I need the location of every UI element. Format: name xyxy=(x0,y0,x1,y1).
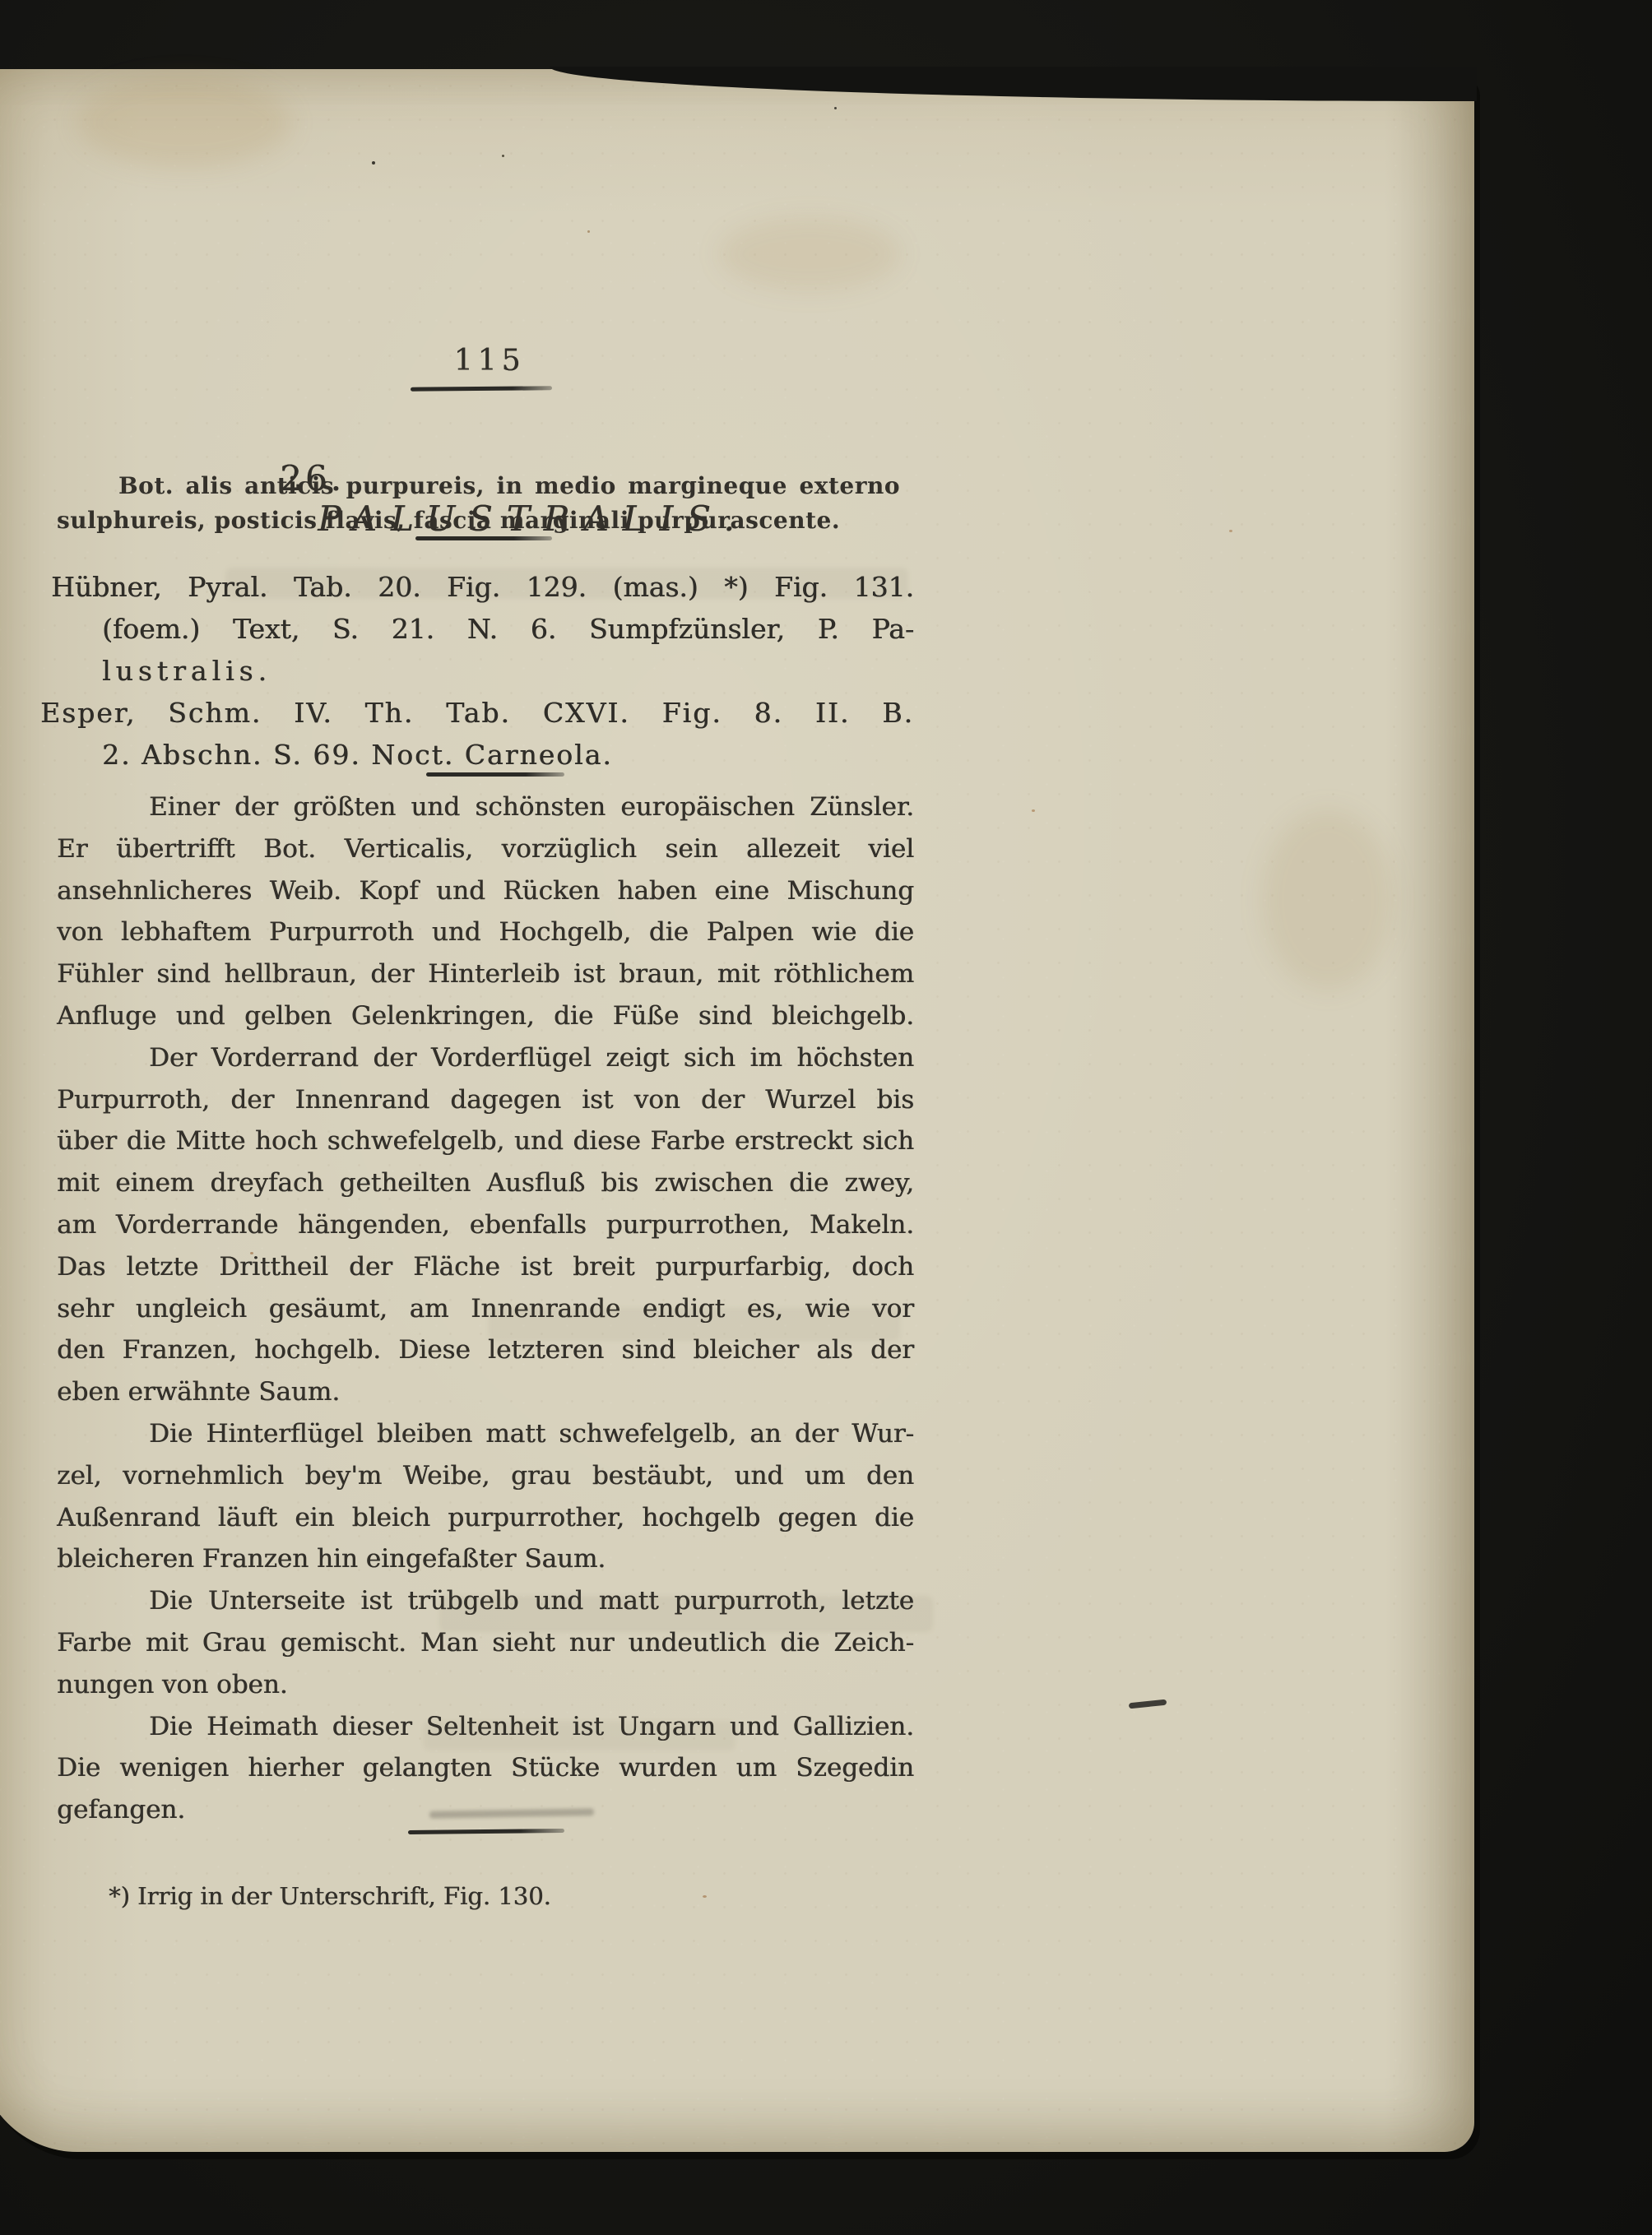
citation-line: lustralis. xyxy=(102,653,271,689)
section-rule xyxy=(426,772,564,777)
fiber-speck xyxy=(703,1895,707,1898)
latin-diagnosis-line: Bot. alis anticis purpureis, in medio ma… xyxy=(118,469,900,503)
body-text-line: ansehnlicheres Weib. Kopf und Rücken hab… xyxy=(57,870,914,912)
page-top-edge-curve xyxy=(550,67,1477,101)
body-text-line: mit einem dreyfach getheilten Ausfluß bi… xyxy=(57,1162,914,1204)
fiber-speck xyxy=(1032,809,1035,812)
body-text-line: Einer der größten und schönsten europäis… xyxy=(57,786,914,828)
body-text-line: Er übertrifft Bot. Verticalis, vorzüglic… xyxy=(57,828,914,870)
body-text-block: Einer der größten und schönsten europäis… xyxy=(57,786,914,1831)
footnote: *) Irrig in der Unterschrift, Fig. 130. xyxy=(109,1882,551,1910)
citation-line: Esper, Schm. IV. Th. Tab. CXVI. Fig. 8. … xyxy=(40,695,914,731)
body-text-line: Außenrand läuft ein bleich purpurrother,… xyxy=(57,1497,914,1539)
body-text-line: eben erwähnte Saum. xyxy=(57,1371,914,1413)
paper-stain xyxy=(77,77,291,168)
body-text-line: Das letzte Drittheil der Fläche ist brei… xyxy=(57,1246,914,1288)
ink-speck xyxy=(372,161,375,165)
body-text-line: Die wenigen hierher gelangten Stücke wur… xyxy=(57,1747,914,1789)
body-text-line: Die Hinterflügel bleiben matt schwefelge… xyxy=(57,1413,914,1455)
end-rule xyxy=(408,1829,564,1834)
citation-line: Hübner, Pyral. Tab. 20. Fig. 129. (mas.)… xyxy=(51,569,914,605)
body-text-line: bleicheren Franzen hin eingefaßter Saum. xyxy=(57,1538,914,1580)
paper-stain xyxy=(1262,809,1394,990)
fiber-speck xyxy=(1229,530,1232,532)
citation-line: 2. Abschn. S. 69. Noct. Carneola. xyxy=(102,737,613,773)
body-text-line: Anfluge und gelben Gelenkringen, die Füß… xyxy=(57,995,914,1037)
ink-speck xyxy=(502,155,504,157)
ink-dash-mark xyxy=(1129,1699,1167,1709)
citation-line: (foem.) Text, S. 21. N. 6. Sumpfzünsler,… xyxy=(102,611,914,647)
body-text-line: Purpurroth, der Innenrand dagegen ist vo… xyxy=(57,1079,914,1121)
body-text-line: zel, vornehmlich bey'm Weibe, grau bestä… xyxy=(57,1455,914,1497)
body-text-line: Farbe mit Grau gemischt. Man sieht nur u… xyxy=(57,1622,914,1664)
book-page: 115 26. PALUSTRALIS. Bot. alis anticis p… xyxy=(0,69,1474,2152)
page-number: 115 xyxy=(436,344,543,378)
body-text-line: Die Heimath dieser Seltenheit ist Ungarn… xyxy=(57,1706,914,1748)
ink-speck xyxy=(834,107,837,109)
body-text-line: Fühler sind hellbraun, der Hinterleib is… xyxy=(57,953,914,995)
paper-stain xyxy=(719,217,900,291)
body-text-line: nungen von oben. xyxy=(57,1664,914,1706)
section-rule xyxy=(415,536,552,540)
scan-background: 115 26. PALUSTRALIS. Bot. alis anticis p… xyxy=(0,0,1652,2235)
fiber-speck xyxy=(587,230,590,233)
body-text-line: von lebhaftem Purpurroth und Hochgelb, d… xyxy=(57,911,914,953)
latin-diagnosis-line: sulphureis, posticis flavis, fascia marg… xyxy=(57,503,840,538)
page-number-underline xyxy=(411,386,552,392)
body-text-line: über die Mitte hoch schwefelgelb, und di… xyxy=(57,1120,914,1162)
body-text-line: den Franzen, hochgelb. Diese letzteren s… xyxy=(57,1329,914,1371)
body-text-line: am Vorderrande hängenden, ebenfalls purp… xyxy=(57,1204,914,1246)
body-text-line: Die Unterseite ist trübgelb und matt pur… xyxy=(57,1580,914,1622)
body-text-line: Der Vorderrand der Vorderflügel zeigt si… xyxy=(57,1037,914,1079)
body-text-line: sehr ungleich gesäumt, am Innenrande end… xyxy=(57,1288,914,1330)
